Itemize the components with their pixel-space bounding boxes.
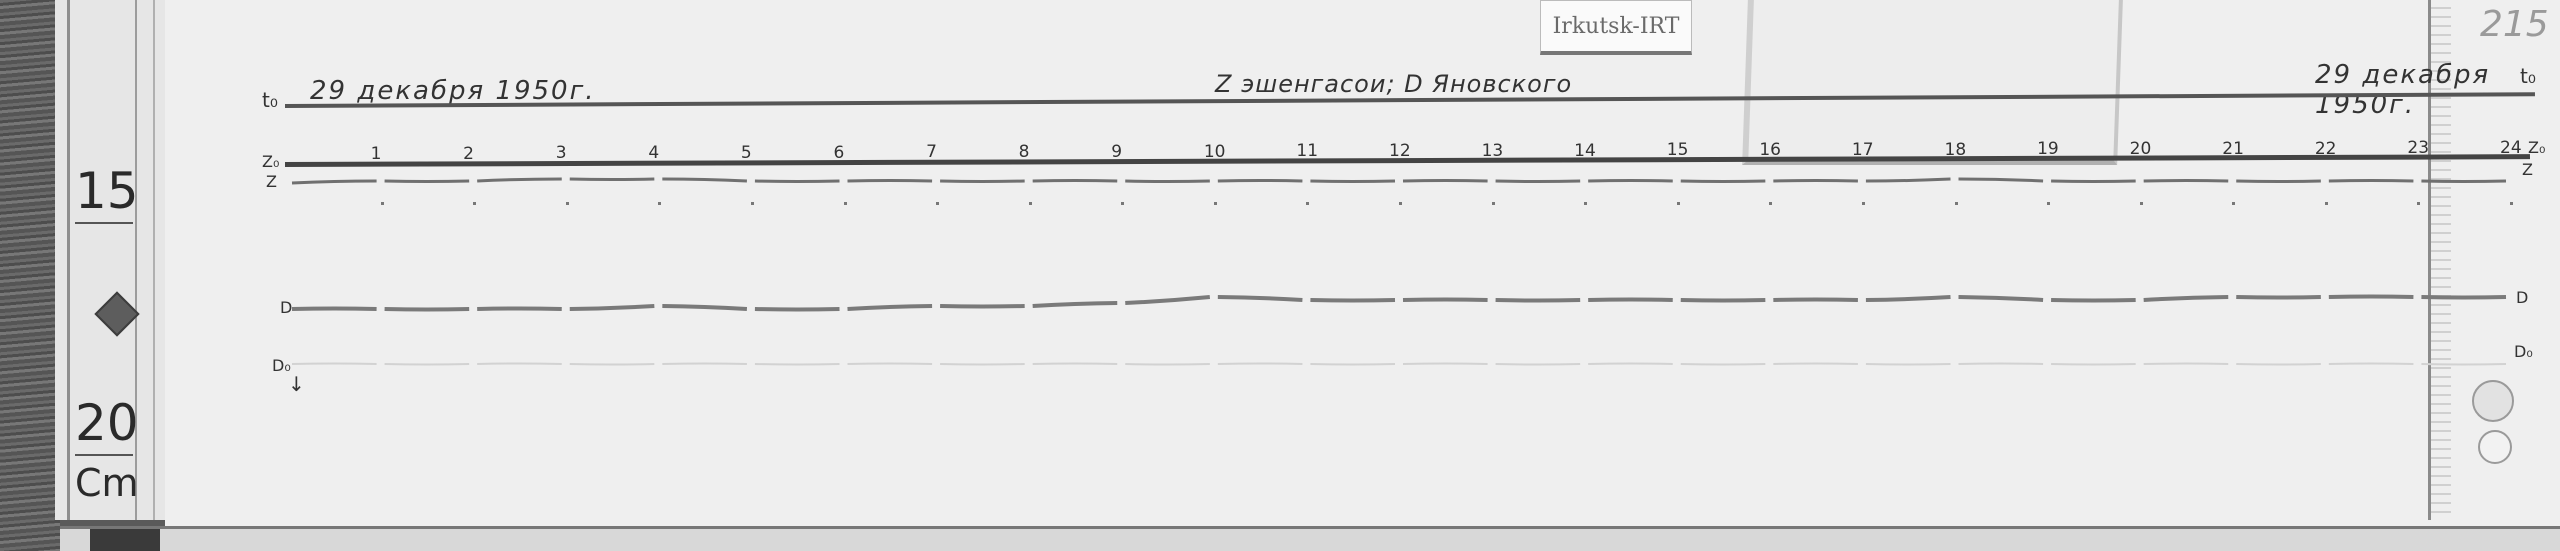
z-trace bbox=[292, 179, 2506, 183]
magnetogram-traces bbox=[0, 0, 2560, 551]
d-trace bbox=[292, 297, 2506, 310]
d0-baseline-trace bbox=[292, 364, 2506, 365]
holder-bottom-edge bbox=[60, 526, 2560, 551]
